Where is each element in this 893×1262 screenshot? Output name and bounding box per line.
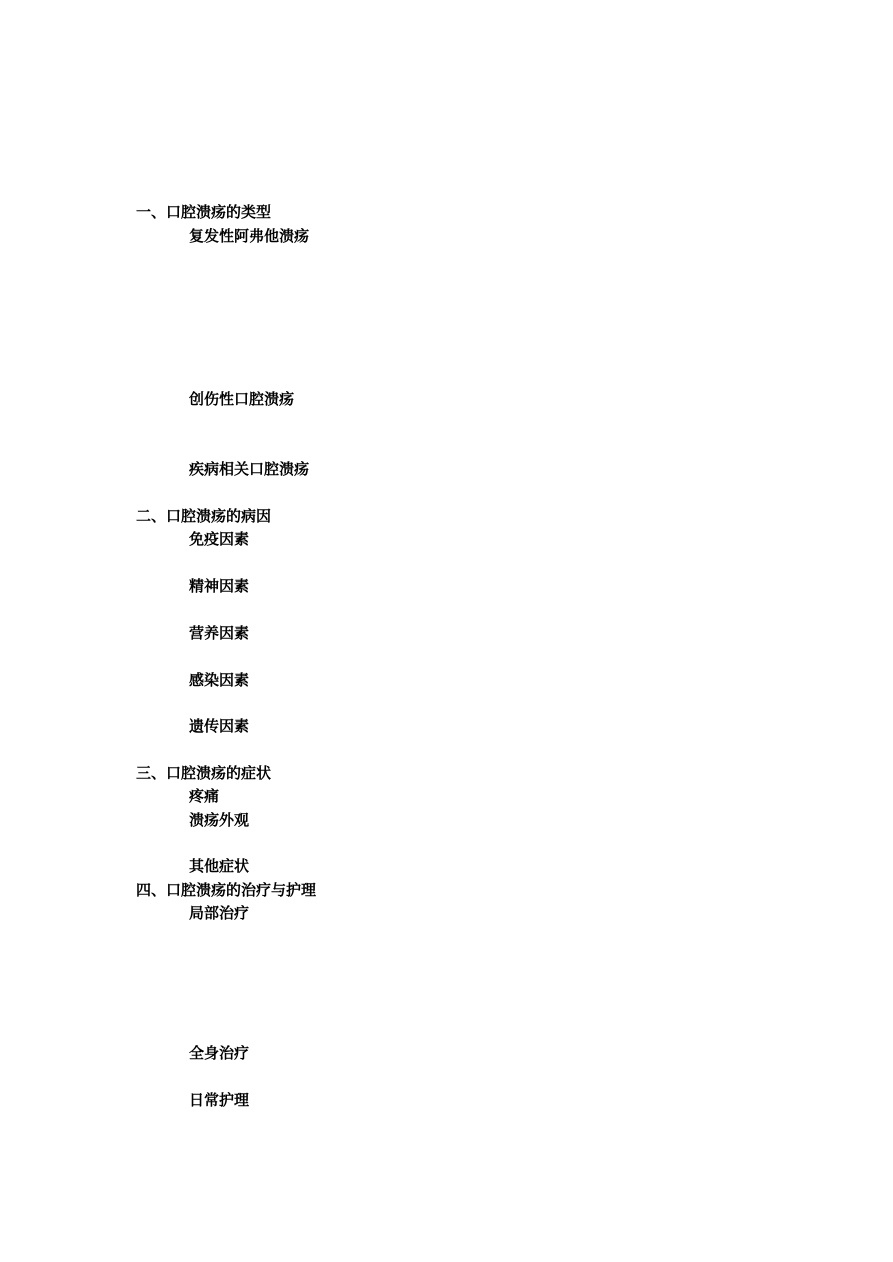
subheading-systemic-treatment: 全身治疗 <box>189 1044 249 1062</box>
subheading-traumatic-ulcer: 创伤性口腔溃疡 <box>189 390 294 408</box>
section-heading-causes: 二、口腔溃疡的病因 <box>136 507 271 525</box>
subheading-local-treatment: 局部治疗 <box>189 904 249 922</box>
subheading-ulcer-appearance: 溃疡外观 <box>189 811 249 829</box>
subheading-mental-factors: 精神因素 <box>189 577 249 595</box>
subheading-daily-care: 日常护理 <box>189 1091 249 1109</box>
subheading-immune-factors: 免疫因素 <box>189 530 249 548</box>
subheading-other-symptoms: 其他症状 <box>189 857 249 875</box>
subheading-infection-factors: 感染因素 <box>189 671 249 689</box>
section-heading-treatment-care: 四、口腔溃疡的治疗与护理 <box>136 881 316 899</box>
subheading-nutritional-factors: 营养因素 <box>189 624 249 642</box>
subheading-pain: 疼痛 <box>189 787 219 805</box>
subheading-genetic-factors: 遗传因素 <box>189 717 249 735</box>
section-heading-types: 一、口腔溃疡的类型 <box>136 203 271 221</box>
section-heading-symptoms: 三、口腔溃疡的症状 <box>136 764 271 782</box>
subheading-disease-related-ulcer: 疾病相关口腔溃疡 <box>189 460 309 478</box>
subheading-recurrent-aphthous-ulcer: 复发性阿弗他溃疡 <box>189 227 309 245</box>
document-page: 一、口腔溃疡的类型 复发性阿弗他溃疡 创伤性口腔溃疡 疾病相关口腔溃疡 二、口腔… <box>0 0 893 1262</box>
